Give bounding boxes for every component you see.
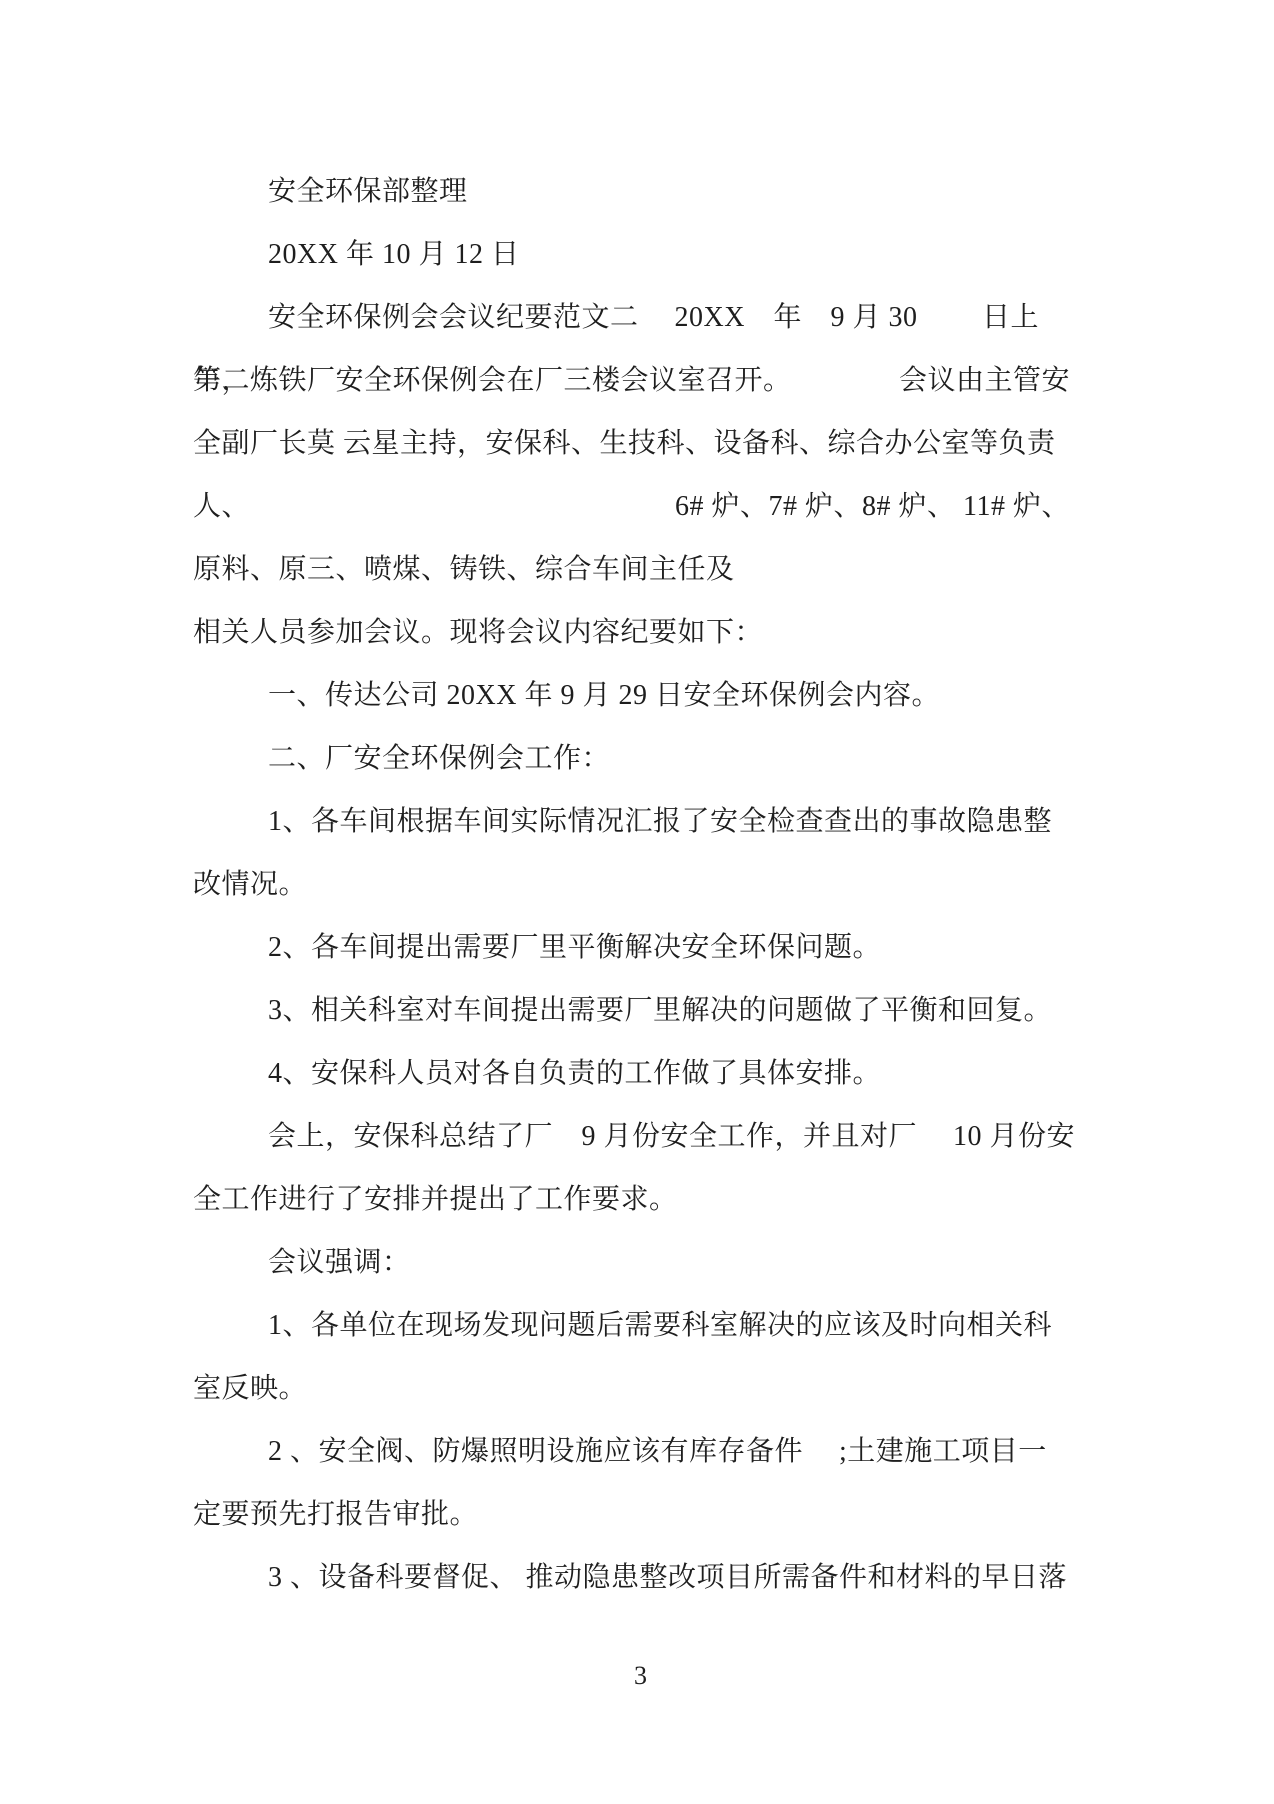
text-line: 1、各单位在现场发现问题后需要科室解决的应该及时向相关科 — [193, 1294, 1088, 1357]
text-line: 2、各车间提出需要厂里平衡解决安全环保问题。 — [193, 916, 1088, 979]
page-number: 3 — [193, 1656, 1088, 1696]
document-page: 安全环保部整理 20XX 年 10 月 12 日 安全环保例会会议纪要范文二 2… — [0, 0, 1274, 1804]
text-line: 3 、设备科要督促、 推动隐患整改项目所需备件和材料的早日落 — [193, 1546, 1088, 1609]
text-line: 二、厂安全环保例会工作： — [193, 727, 1088, 790]
text-line: 安全环保例会会议纪要范文二 20XX 年 9 月 30 日上午， — [193, 286, 1088, 349]
text-line: 4、安保科人员对各自负责的工作做了具体安排。 — [193, 1042, 1088, 1105]
text-line: 一、传达公司 20XX 年 9 月 29 日安全环保例会内容。 — [193, 664, 1088, 727]
text-line: 第二炼铁厂安全环保例会在厂三楼会议室召开。 会议由主管安 — [193, 349, 1088, 412]
text-line: 安全环保部整理 — [193, 160, 1088, 223]
text-line: 6# 炉、7# 炉、8# 炉、 11# 炉、 — [675, 475, 1088, 538]
text-line: 3、相关科室对车间提出需要厂里解决的问题做了平衡和回复。 — [193, 979, 1088, 1042]
text-line: 会上，安保科总结了厂 9 月份安全工作，并且对厂 10 月份安 — [193, 1105, 1088, 1168]
document-body: 安全环保部整理 20XX 年 10 月 12 日 安全环保例会会议纪要范文二 2… — [0, 0, 1274, 1696]
text-line: 全工作进行了安排并提出了工作要求。 — [193, 1168, 1088, 1231]
text-line: 相关人员参加会议。现将会议内容纪要如下： — [193, 601, 1088, 664]
text-line: 原料、原三、喷煤、铸铁、综合车间主任及 — [193, 538, 1088, 601]
text-line: 1、各车间根据车间实际情况汇报了安全检查查出的事故隐患整 — [193, 790, 1088, 853]
text-line: 2 、安全阀、防爆照明设施应该有库存备件 ;土建施工项目一 — [193, 1420, 1088, 1483]
text-line: 20XX 年 10 月 12 日 — [193, 223, 1088, 286]
text-line: 改情况。 — [193, 853, 1088, 916]
text-line: 全副厂长莫 云星主持，安保科、生技科、设备科、综合办公室等负责人、 — [193, 412, 1088, 475]
text-line: 定要预先打报告审批。 — [193, 1483, 1088, 1546]
text-line: 会议强调： — [193, 1231, 1088, 1294]
text-line: 室反映。 — [193, 1357, 1088, 1420]
